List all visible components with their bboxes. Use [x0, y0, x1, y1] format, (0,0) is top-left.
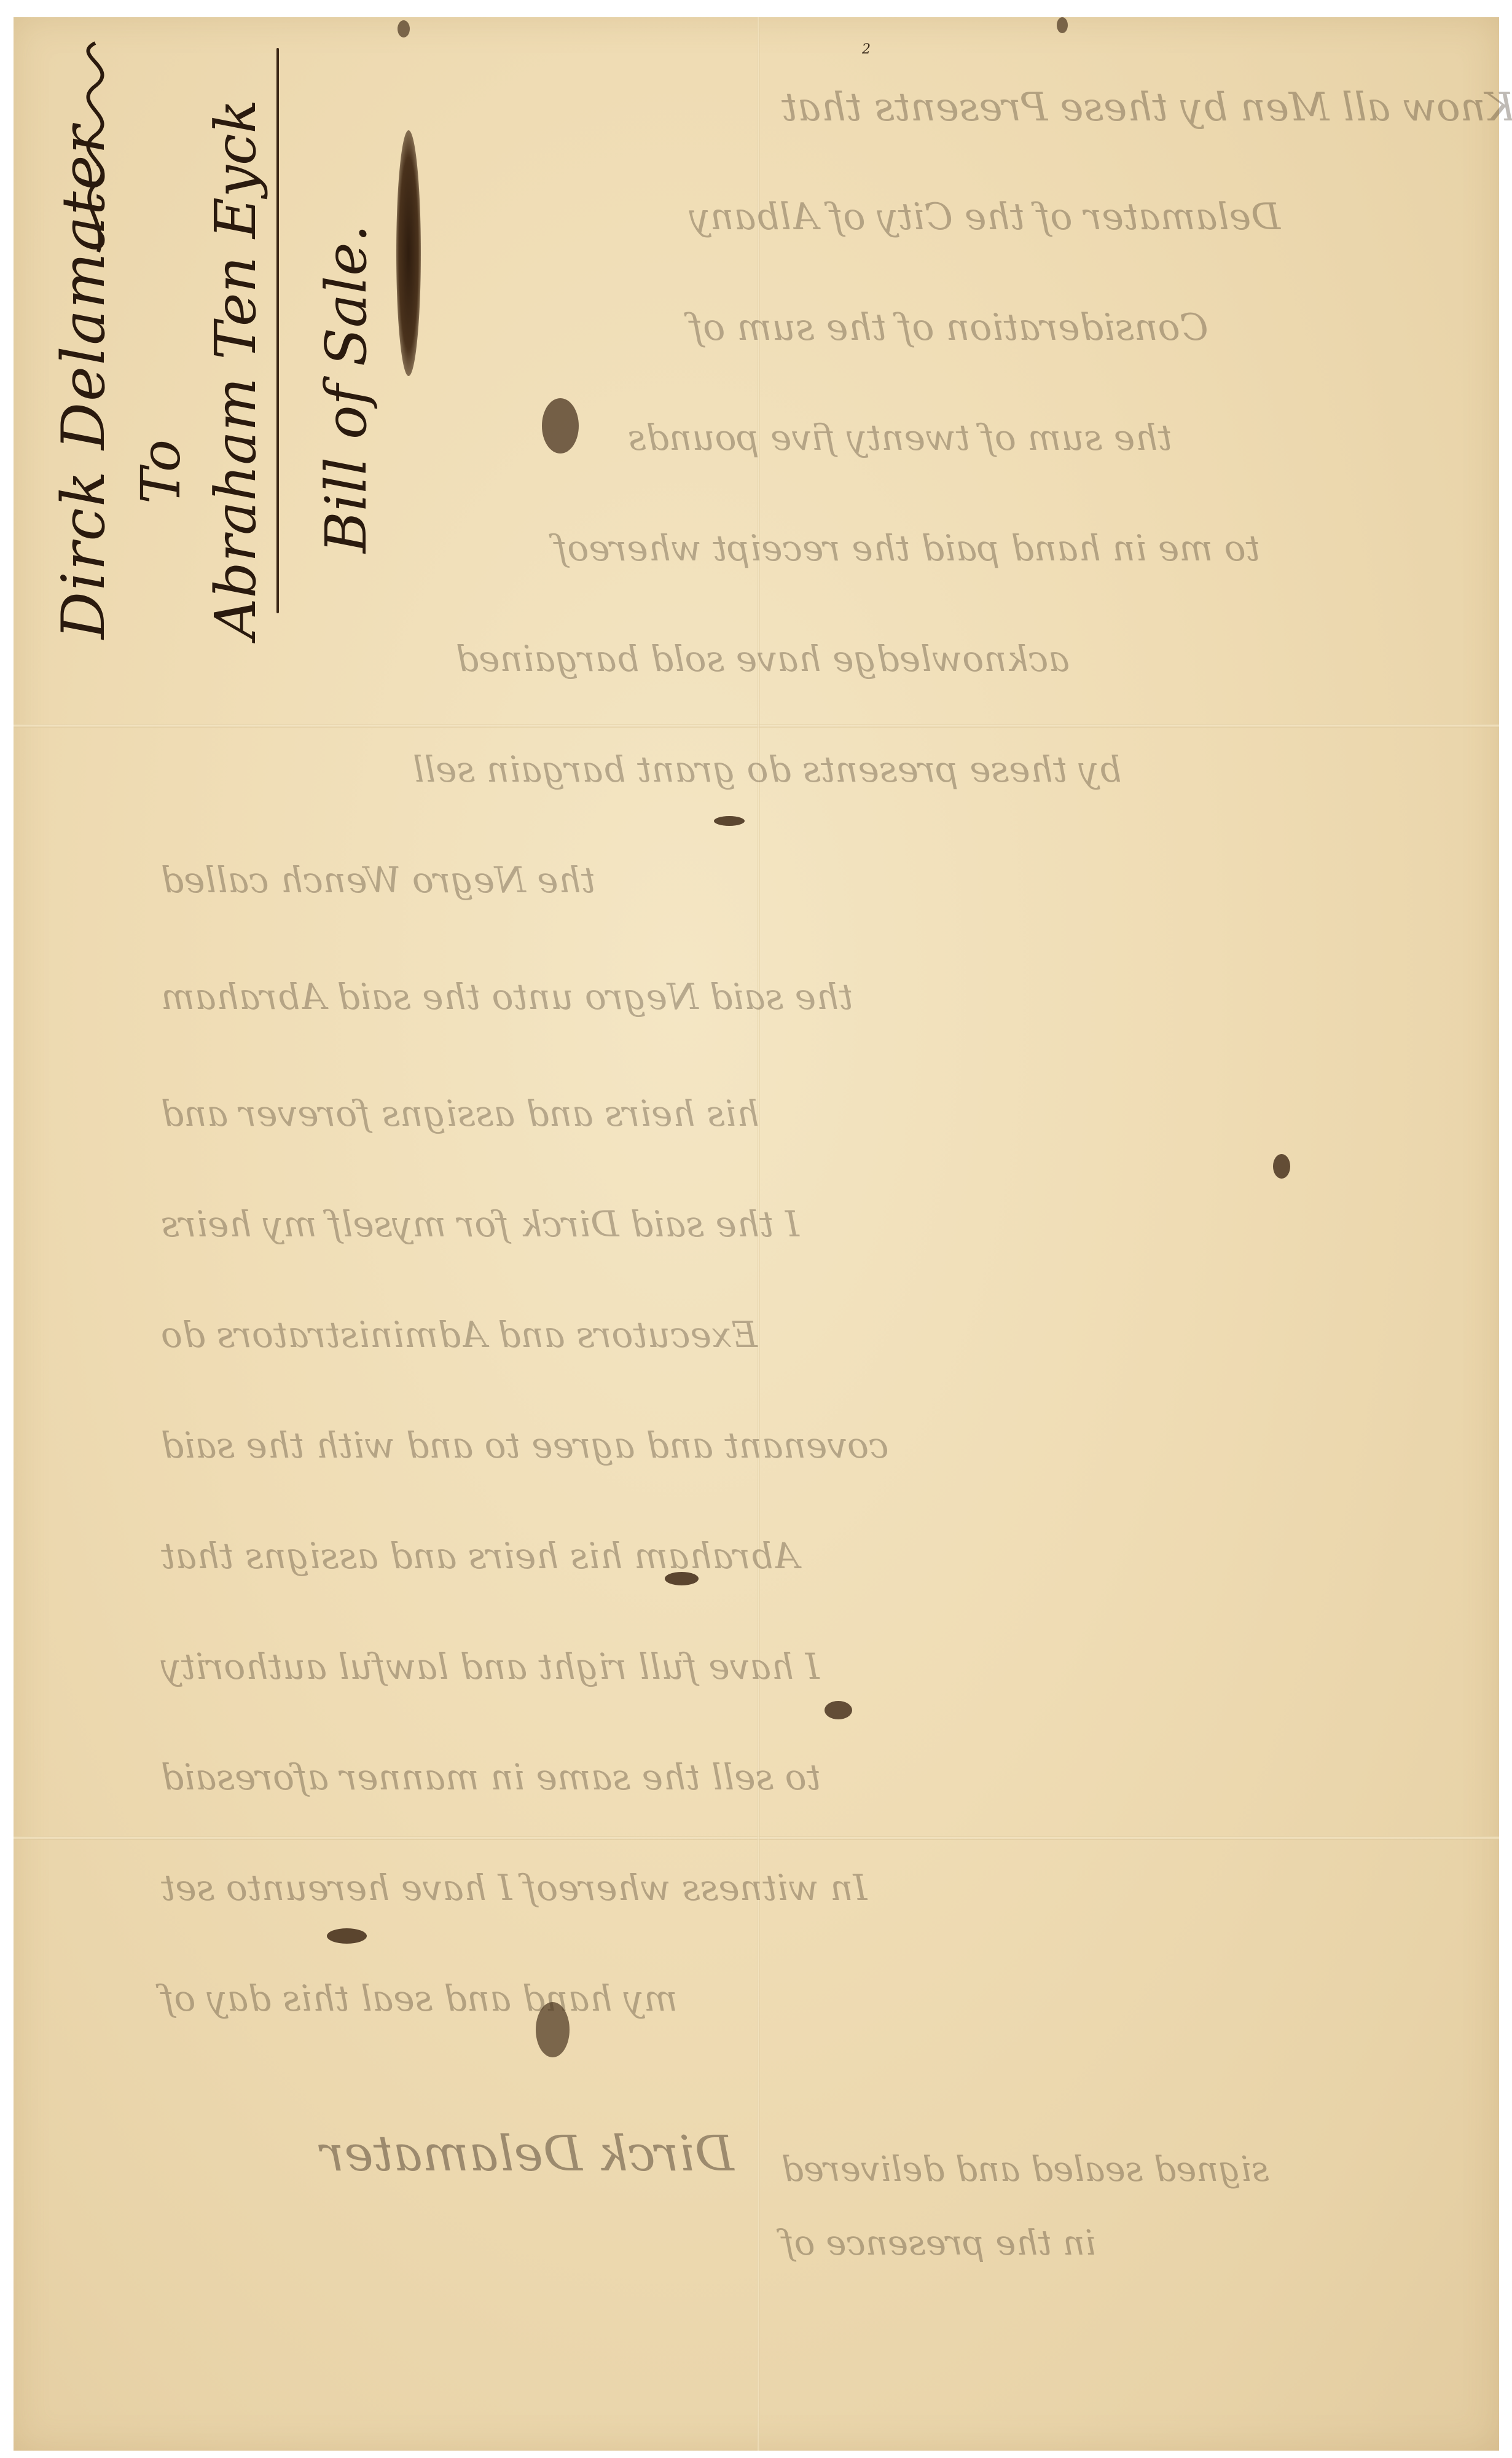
fold-line	[14, 724, 1499, 728]
docket-to: To	[129, 439, 192, 504]
bleed-line: Know all Men by these Presents that	[781, 85, 1512, 130]
bleed-line: Executors and Administrators do	[161, 1314, 758, 1356]
docket-divider-line	[276, 48, 279, 613]
bleed-line: the Negro Wench called	[161, 859, 595, 901]
ink-blot	[714, 816, 745, 826]
ink-smear	[396, 130, 421, 376]
bleed-line: Abraham his heirs and assigns that	[161, 1535, 799, 1577]
ink-blot	[542, 398, 579, 454]
ink-blot	[665, 1572, 699, 1585]
signature-bleed: Dirck Delamater	[321, 2125, 734, 2182]
ink-blot	[1057, 17, 1068, 33]
page-mark: 2	[862, 42, 871, 57]
flourish-icon	[58, 37, 138, 258]
bleed-line: the sum of twenty five pounds	[628, 417, 1172, 458]
ink-blot	[1273, 1154, 1290, 1179]
bleed-line: the said Negro unto the said Abraham	[161, 976, 853, 1018]
ink-blot	[825, 1701, 852, 1719]
fold-line	[14, 1836, 1499, 1840]
bleed-line: to sell the same in manner aforesaid	[161, 1756, 821, 1798]
bleed-line: I have full right and lawful authority	[161, 1646, 820, 1687]
bleed-line: my hand and seal this day of	[161, 1977, 678, 2019]
bleed-line: Consideration of the sum of	[689, 306, 1208, 349]
bleed-line: his heirs and assigns forever and	[161, 1093, 759, 1134]
bleed-line: Delamater of the City of Albany	[689, 195, 1280, 238]
bleed-line: in the presence of	[781, 2223, 1096, 2263]
ink-blot	[536, 2002, 570, 2057]
bleed-line: signed sealed and delivered	[781, 2150, 1269, 2189]
bleed-line: covenant and agree to and with the said	[161, 1424, 888, 1466]
ink-blot	[327, 1928, 367, 1944]
docket-buyer: Abraham Ten Eyck	[203, 100, 268, 639]
bleed-line: I the said Dirck for myself my heirs	[161, 1203, 799, 1245]
bleed-line: to me in hand paid the receipt whereof	[554, 527, 1260, 569]
bleed-line: by these presents do grant bargain sell	[413, 748, 1122, 790]
ink-blot	[398, 20, 410, 37]
bleed-line: acknowledge have sold bargained	[456, 638, 1070, 680]
bleed-line: In witness whereof I have hereunto set	[161, 1867, 867, 1909]
docket-title: Bill of Sale.	[313, 224, 379, 553]
